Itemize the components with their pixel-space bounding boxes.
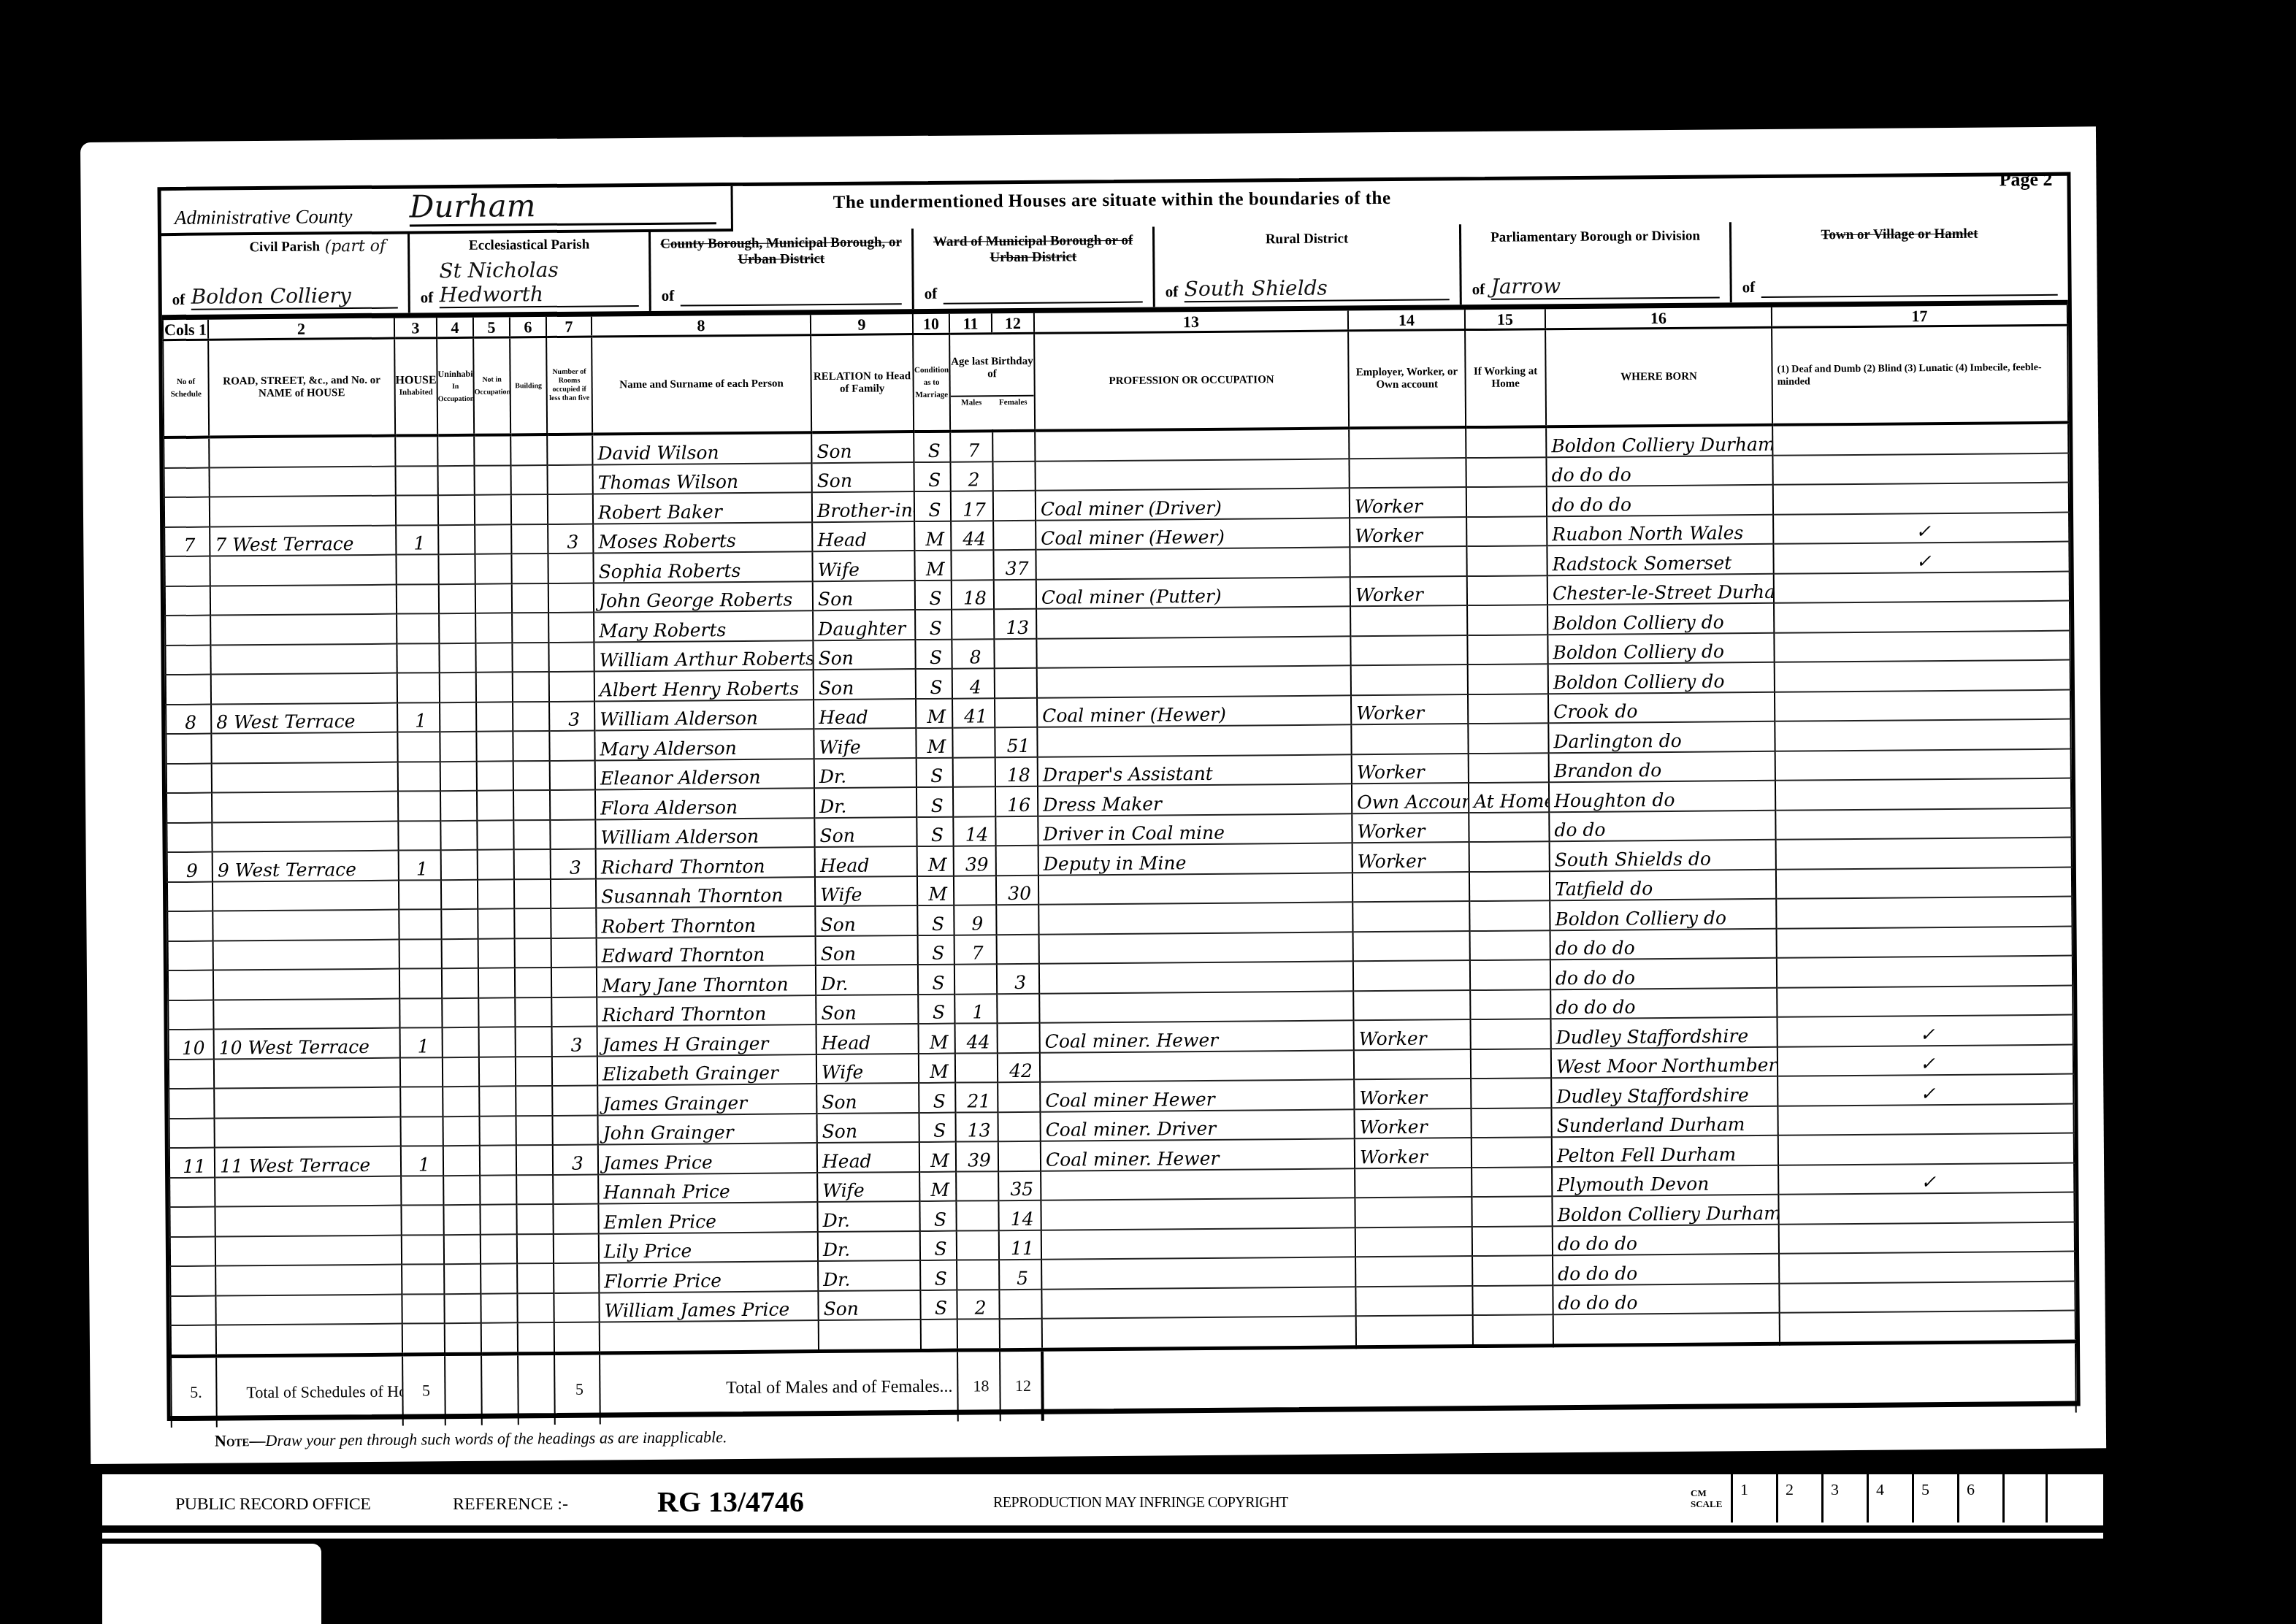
column-number: 3 <box>394 318 437 338</box>
not-in-occupation <box>476 731 513 761</box>
working-at-home <box>1472 1167 1552 1197</box>
relation: Dr. <box>814 758 917 789</box>
infirmity-mark: ✓ <box>1773 512 2069 544</box>
rooms-count <box>554 1233 599 1263</box>
totals-row: 5. Total of Schedules of Houses and of T… <box>171 1341 2076 1428</box>
schedule-number <box>167 763 212 793</box>
col-rooms: Number of Rooms occupied if less than fi… <box>546 337 592 434</box>
cm-scale-label: CM SCALE <box>1691 1487 1720 1509</box>
building <box>510 464 547 494</box>
schedule-number <box>171 1325 216 1356</box>
person-name: Elizabeth Grainger <box>597 1054 816 1086</box>
person-name: Robert Baker <box>593 492 812 524</box>
not-in-occupation <box>481 1322 518 1353</box>
schedule-number: 9 <box>167 852 213 882</box>
schedule-number <box>167 911 213 941</box>
in-occupation <box>443 1146 480 1176</box>
not-in-occupation <box>481 1293 517 1323</box>
working-at-home <box>1468 723 1548 753</box>
occupation <box>1038 873 1352 905</box>
building <box>513 731 549 761</box>
male-age <box>952 727 995 757</box>
building <box>511 554 548 583</box>
building <box>516 1204 553 1234</box>
employment-status <box>1352 901 1469 932</box>
marital-condition: M <box>914 551 951 581</box>
house-address <box>215 1294 402 1325</box>
birthplace: do do do <box>1553 1224 1779 1255</box>
male-age <box>956 1171 998 1201</box>
infirmity-mark <box>1774 571 2070 603</box>
area-value: Boldon Colliery <box>191 283 398 310</box>
inhabited-count <box>395 466 437 496</box>
infirmity-mark: ✓ <box>1778 1044 2073 1076</box>
scale-cell: 5 <box>1912 1474 1957 1522</box>
schedule-number <box>167 881 213 911</box>
male-age: 9 <box>954 905 996 935</box>
schedule-number: 8 <box>166 704 211 734</box>
not-in-occupation <box>474 434 510 465</box>
not-in-occupation <box>478 938 515 968</box>
census-page: Administrative County Durham The underme… <box>80 126 2106 1464</box>
in-occupation <box>438 495 475 525</box>
male-age: 17 <box>951 491 993 521</box>
house-address <box>215 1235 402 1266</box>
not-in-occupation <box>480 1204 516 1234</box>
schedule-number <box>165 616 210 646</box>
inhabited-count <box>402 1294 444 1324</box>
not-in-occupation <box>477 820 513 850</box>
female-age <box>996 846 1038 876</box>
relation: Son <box>816 1113 919 1144</box>
building <box>513 760 550 790</box>
rooms-count <box>553 1174 598 1204</box>
not-in-occupation <box>480 1175 516 1205</box>
total-rooms: 5 <box>554 1352 600 1424</box>
relation: Son <box>815 905 917 936</box>
employment-status <box>1353 931 1470 962</box>
working-at-home <box>1467 575 1547 605</box>
schedule-number <box>168 970 213 1000</box>
employment-status <box>1350 546 1466 577</box>
birthplace: Boldon Colliery Durham <box>1546 425 1772 457</box>
schedule-number <box>168 1000 213 1030</box>
note-text: Draw your pen through such words of the … <box>265 1428 727 1449</box>
employment-status: Worker <box>1350 517 1466 548</box>
working-at-home <box>1467 605 1547 635</box>
house-address <box>213 939 399 970</box>
inhabited-count: 1 <box>400 1027 443 1057</box>
infirmity-mark <box>1779 1252 2075 1284</box>
infirmity-mark <box>1780 1311 2075 1344</box>
birthplace: South Shields do <box>1550 840 1776 871</box>
area-value <box>681 281 902 306</box>
males-label: Males <box>951 397 992 409</box>
building <box>516 1086 552 1116</box>
col-in-occupation: UninhabitedIn Occupation <box>437 337 474 435</box>
inhabited-count <box>399 880 441 910</box>
female-age: 13 <box>994 609 1036 639</box>
infirmity-mark <box>1776 897 2072 929</box>
marital-condition: S <box>920 1260 957 1290</box>
area-civil-parish: Civil Parish(part ofofBoldon Colliery <box>161 232 410 315</box>
male-age <box>951 550 993 580</box>
birthplace: Chester-le-Street Durham <box>1547 573 1774 605</box>
total-empty <box>518 1353 555 1425</box>
inhabited-count <box>401 1176 443 1206</box>
scale-cell <box>2002 1474 2048 1522</box>
building <box>514 878 551 908</box>
marital-condition: S <box>916 669 952 699</box>
birthplace: Brandon do <box>1549 751 1775 782</box>
rooms-count <box>548 642 594 672</box>
house-address <box>214 1087 400 1119</box>
rooms-count <box>552 1085 597 1115</box>
employment-status: Worker <box>1354 1108 1471 1139</box>
female-age: 14 <box>998 1200 1041 1230</box>
relation: Wife <box>816 1054 919 1084</box>
in-occupation <box>445 1323 481 1354</box>
inhabited-count <box>399 968 442 998</box>
birthplace: Dudley Staffordshire <box>1551 1076 1778 1108</box>
in-occupation <box>444 1293 481 1323</box>
female-age <box>995 697 1037 727</box>
marital-condition: M <box>919 1142 956 1172</box>
rooms-count <box>549 730 594 760</box>
house-address <box>210 584 397 616</box>
area-parliamentary-borough-or-division: Parliamentary Borough or DivisionofJarro… <box>1461 222 1732 304</box>
birthplace: Darlington do <box>1548 721 1775 753</box>
working-at-home <box>1470 930 1550 960</box>
relation: Dr. <box>814 787 917 818</box>
employment-status: Worker <box>1352 754 1469 784</box>
note-prefix: Note— <box>215 1431 266 1450</box>
building <box>512 642 548 672</box>
column-number: 16 <box>1545 307 1772 329</box>
building <box>513 701 549 731</box>
male-age: 2 <box>950 461 992 491</box>
working-at-home <box>1467 635 1547 664</box>
col-inhabited: HOUSESInhabited <box>394 338 437 436</box>
working-at-home <box>1472 1285 1553 1315</box>
scale-cell: 2 <box>1776 1474 1821 1522</box>
inhabited-count <box>402 1264 444 1294</box>
occupation: Coal miner (Hewer) <box>1037 695 1351 727</box>
area-value: St Nicholas Hedworth <box>439 257 639 308</box>
total-inhabited: 5 <box>402 1354 445 1425</box>
person-name: William Alderson <box>594 700 814 731</box>
building <box>516 1115 552 1145</box>
person-name: William Arthur Roberts <box>594 640 813 672</box>
column-headers-row: No of Schedule ROAD, STREET, &c., and No… <box>163 325 2068 437</box>
working-at-home <box>1471 1049 1551 1079</box>
area-value: Jarrow <box>1491 272 1719 299</box>
occupation <box>1037 665 1351 697</box>
inhabited-count: 1 <box>401 1146 443 1176</box>
admin-county-label: Administrative County <box>175 205 353 229</box>
male-age: 41 <box>952 698 995 728</box>
in-occupation <box>444 1264 481 1294</box>
birthplace: Pelton Fell Durham <box>1552 1135 1778 1167</box>
not-in-occupation <box>481 1234 517 1264</box>
house-address: 11 West Terrace <box>215 1146 401 1178</box>
employment-status: Own Account <box>1352 783 1469 813</box>
occupation: Deputy in Mine <box>1038 843 1352 875</box>
employment-status <box>1351 664 1468 695</box>
in-occupation <box>443 1116 479 1146</box>
working-at-home <box>1470 989 1550 1019</box>
rooms-count <box>551 908 596 938</box>
working-at-home <box>1469 753 1549 783</box>
working-at-home <box>1472 1196 1552 1226</box>
birthplace: Houghton do <box>1549 781 1775 812</box>
area-boundaries: Civil Parish(part ofofBoldon CollieryEcc… <box>161 220 2068 320</box>
marital-condition: S <box>920 1230 957 1260</box>
person-name: Edward Thornton <box>597 936 816 968</box>
female-age <box>997 993 1039 1023</box>
occupation <box>1041 1168 1355 1200</box>
area-label: Rural District <box>1155 230 1459 248</box>
paper-stub <box>102 1544 321 1624</box>
marital-condition: S <box>919 1083 955 1113</box>
employment-status: Worker <box>1353 1019 1470 1050</box>
column-number: 4 <box>437 318 473 338</box>
person-name: Florrie Price <box>599 1261 818 1292</box>
col-road: ROAD, STREET, &c., and No. or NAME of HO… <box>208 338 395 437</box>
birthplace: do do do <box>1550 928 1777 960</box>
inhabited-count <box>402 1323 445 1354</box>
house-address <box>212 821 398 852</box>
building <box>516 1174 553 1204</box>
occupation <box>1035 428 1349 461</box>
birthplace: Boldon Colliery Durham <box>1552 1195 1778 1226</box>
in-occupation <box>440 702 476 732</box>
employment-status <box>1350 635 1467 666</box>
working-at-home <box>1471 1108 1551 1138</box>
infirmity-mark <box>1777 956 2073 988</box>
employment-status: Worker <box>1352 842 1469 873</box>
schedule-number <box>170 1236 215 1266</box>
col-building: Building <box>510 337 547 434</box>
archive-footer: PUBLIC RECORD OFFICE REFERENCE :- RG 13/… <box>102 1469 2103 1539</box>
infirmity-mark <box>1775 719 2070 751</box>
person-name: Sophia Roberts <box>593 551 812 583</box>
reference-label: REFERENCE :- <box>453 1495 568 1514</box>
female-age: 3 <box>997 964 1039 994</box>
male-age: 21 <box>955 1082 998 1112</box>
marital-condition <box>921 1319 957 1350</box>
occupation <box>1041 1227 1355 1260</box>
house-address <box>210 614 397 646</box>
marital-condition: S <box>917 757 953 787</box>
relation: Son <box>813 581 915 611</box>
person-name: James Grainger <box>597 1084 816 1115</box>
relation: Son <box>818 1290 920 1321</box>
not-in-occupation <box>479 1116 516 1146</box>
marital-condition: S <box>915 580 952 610</box>
house-address <box>211 673 397 705</box>
building <box>510 434 547 465</box>
marital-condition: S <box>914 491 951 521</box>
rooms-count <box>551 878 596 908</box>
house-address <box>216 1324 402 1356</box>
male-age <box>954 876 996 905</box>
in-occupation <box>437 465 474 495</box>
marital-condition: M <box>916 728 952 758</box>
rooms-count <box>551 967 597 997</box>
house-address <box>213 969 399 1000</box>
building <box>515 968 551 997</box>
census-form: Administrative County Durham The underme… <box>157 172 2080 1422</box>
male-age: 2 <box>957 1290 999 1319</box>
birthplace: Boldon Colliery do <box>1548 662 1775 694</box>
total-empty <box>481 1353 518 1425</box>
scale-cell: 6 <box>1957 1474 2002 1522</box>
employment-status <box>1350 605 1467 636</box>
employment-status <box>1355 1256 1472 1287</box>
of-label: of <box>1166 283 1179 301</box>
building <box>513 672 549 702</box>
female-age <box>999 1289 1041 1319</box>
rooms-count <box>548 494 593 524</box>
person-name: James Price <box>598 1143 817 1174</box>
area-town-or-village-or-hamlet: Town or Village or Hamletof <box>1731 220 2068 303</box>
infirmity-mark <box>1775 748 2071 781</box>
inhabited-count <box>396 495 438 525</box>
schedule-number <box>170 1266 215 1296</box>
total-females: 12 <box>1000 1349 1043 1421</box>
female-age <box>994 579 1036 609</box>
inhabited-count <box>397 584 439 614</box>
occupation: Coal miner. Hewer <box>1040 1020 1354 1052</box>
relation: Head <box>814 699 916 729</box>
marital-condition: S <box>917 787 953 817</box>
male-age: 7 <box>950 431 992 461</box>
male-age <box>953 757 995 787</box>
employment-status: Worker <box>1350 576 1467 607</box>
infirmity-mark <box>1772 423 2068 456</box>
schedule-number <box>164 497 210 527</box>
inhabited-count <box>398 791 440 821</box>
total-males: 18 <box>957 1349 1000 1421</box>
building <box>511 524 548 554</box>
house-address: 9 West Terrace <box>213 851 399 882</box>
rooms-count <box>552 1115 597 1145</box>
working-at-home <box>1468 664 1548 694</box>
male-age <box>955 1053 998 1083</box>
not-in-occupation <box>475 643 512 673</box>
occupation <box>1036 636 1350 668</box>
area-label: Town or Village or Hamlet <box>1731 226 2067 245</box>
female-age <box>1000 1319 1042 1349</box>
schedule-number <box>169 1059 214 1089</box>
working-at-home <box>1469 841 1550 871</box>
rooms-count <box>548 583 594 613</box>
relation: Son <box>813 640 915 670</box>
occupation <box>1042 1316 1356 1349</box>
inhabited-count <box>401 1205 443 1235</box>
in-occupation <box>440 732 476 762</box>
relation: Head <box>817 1142 919 1173</box>
in-occupation <box>443 1027 479 1057</box>
scale-cell: 4 <box>1867 1474 1912 1522</box>
occupation <box>1039 991 1353 1023</box>
rooms-count <box>550 760 595 790</box>
working-at-home: At Home <box>1469 782 1549 812</box>
column-number: 10 <box>913 314 949 334</box>
relation: Head <box>812 521 914 552</box>
female-age <box>995 668 1037 698</box>
heading-note: Note—Draw your pen through such words of… <box>215 1428 727 1451</box>
in-occupation <box>439 613 475 643</box>
not-in-occupation <box>475 583 512 613</box>
rooms-count <box>550 819 595 849</box>
birthplace: Dudley Staffordshire <box>1550 1017 1777 1049</box>
employment-status <box>1352 872 1469 903</box>
col-name: Name and Surname of each Person <box>592 335 811 434</box>
birthplace <box>1553 1313 1780 1345</box>
census-table: Cols 1234567891011121314151617 No of Sch… <box>162 305 2077 1428</box>
working-at-home <box>1466 486 1547 516</box>
working-at-home <box>1473 1314 1553 1346</box>
person-name: Hannah Price <box>598 1173 817 1204</box>
inhabited-count <box>400 1087 443 1116</box>
female-age: 30 <box>996 875 1038 905</box>
relation: Wife <box>812 551 914 581</box>
relation: Dr. <box>817 1201 919 1232</box>
employment-status <box>1356 1315 1473 1347</box>
female-age: 51 <box>995 727 1037 757</box>
working-at-home <box>1472 1226 1553 1256</box>
occupation: Coal miner. Hewer <box>1041 1138 1355 1171</box>
marital-condition: S <box>917 816 953 846</box>
occupation: Coal miner. Driver <box>1040 1109 1354 1141</box>
of-label: of <box>925 285 938 303</box>
building <box>513 790 550 820</box>
person-name: Lily Price <box>599 1232 818 1263</box>
occupation: Coal miner (Hewer) <box>1036 518 1350 550</box>
relation: Wife <box>815 876 917 907</box>
rooms-count <box>551 938 597 968</box>
employment-status <box>1349 458 1466 489</box>
female-age <box>998 1111 1040 1141</box>
employment-status <box>1354 1049 1471 1080</box>
header-title: The undermentioned Houses are situate wi… <box>833 188 1391 213</box>
in-occupation-label: In Occupation <box>438 382 474 402</box>
building <box>518 1322 554 1353</box>
not-in-occupation <box>475 494 511 524</box>
rooms-count: 3 <box>553 1144 598 1174</box>
col-employer: Employer, Worker, or Own account <box>1348 330 1466 429</box>
person-name: Thomas Wilson <box>592 463 811 494</box>
not-in-occupation <box>476 702 513 732</box>
in-occupation <box>442 968 478 998</box>
marital-condition: S <box>920 1290 957 1319</box>
building <box>515 997 551 1027</box>
occupation <box>1041 1198 1355 1230</box>
inhabited-count <box>396 554 438 584</box>
in-occupation <box>441 850 478 880</box>
inhabited-count <box>397 613 439 643</box>
rooms-count <box>549 671 594 701</box>
inhabited-count <box>399 939 442 969</box>
relation: Dr. <box>818 1231 920 1262</box>
col-not-in-occupation: Not in Occupation <box>473 337 510 435</box>
relation: Head <box>815 846 917 877</box>
females-label: Females <box>992 396 1034 408</box>
person-name: John Grainger <box>597 1114 816 1145</box>
area-value <box>1761 272 2057 298</box>
